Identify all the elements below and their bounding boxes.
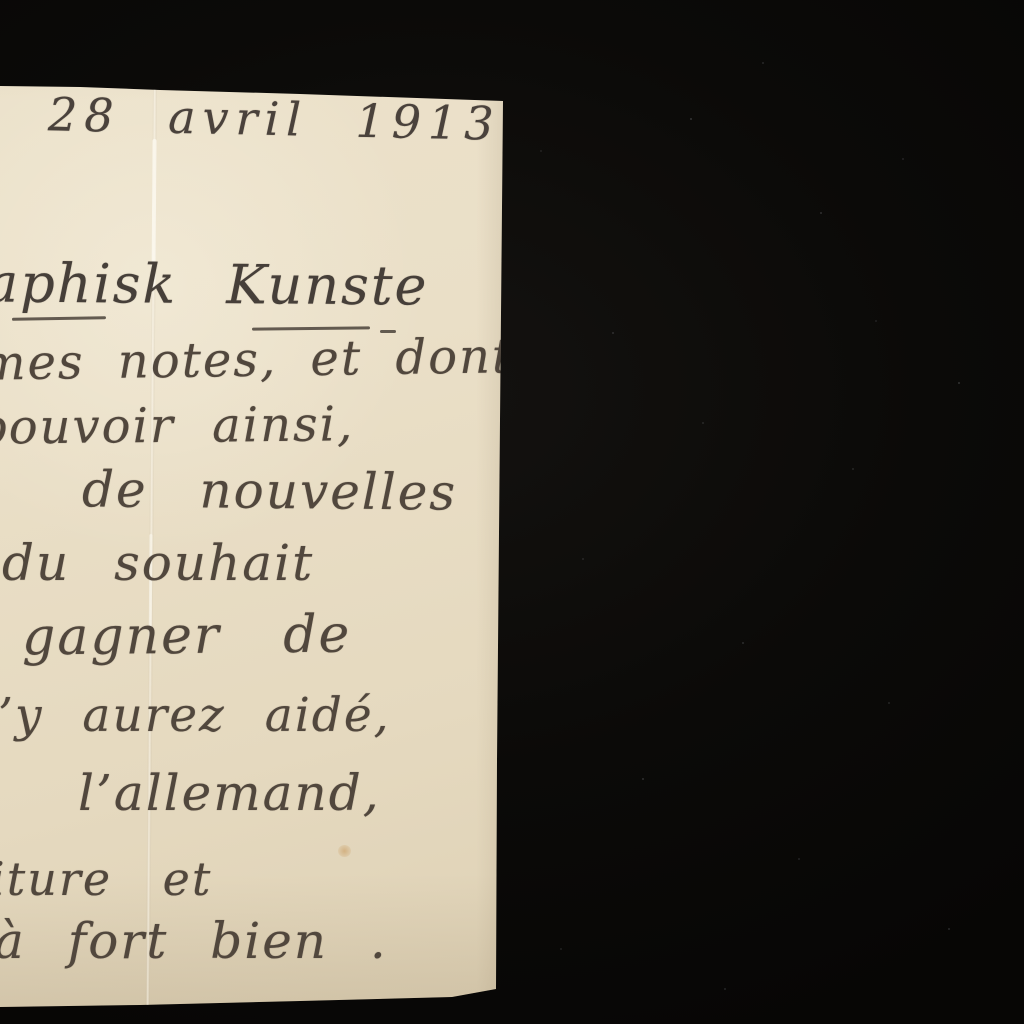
letter-paper: 28 avril 1913 aphisk Kunste mes notes, e… (0, 0, 512, 1016)
handwritten-line-underlined: aphisk Kunste (0, 251, 429, 317)
foxing-spot (338, 845, 351, 857)
handwritten-line: du souhait (2, 534, 314, 592)
date-line: 28 avril 1913 (47, 87, 501, 150)
handwritten-line: mes notes, et dont (0, 328, 514, 391)
handwritten-line: iture et (0, 852, 212, 906)
ink-underline (12, 316, 106, 321)
handwritten-line: ’y aurez aidé, (0, 688, 391, 743)
handwritten-line: de nouvelles (82, 460, 458, 521)
handwritten-line: à fort bien . (0, 912, 388, 970)
handwritten-line: gagner de (22, 605, 352, 668)
photo-background: 28 avril 1913 aphisk Kunste mes notes, e… (0, 0, 1024, 1024)
dust-specks (0, 0, 2, 2)
handwritten-line: l’allemand, (78, 764, 381, 822)
handwritten-line: pouvoir ainsi, (0, 396, 354, 455)
